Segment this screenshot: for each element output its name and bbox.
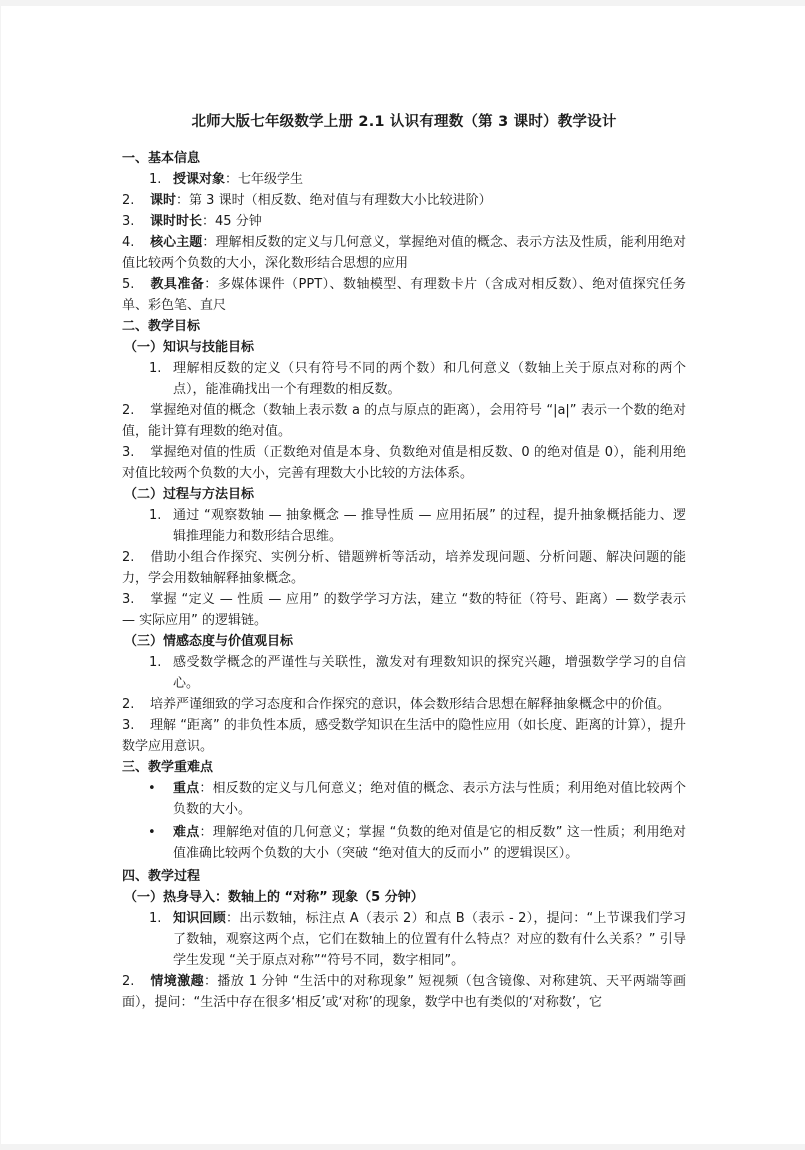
list-item: 2.情境激趣：播放 1 分钟 “生活中的对称现象” 短视频（包含镜像、对称建筑、…	[122, 971, 686, 1013]
item-text: 掌握绝对值的概念（数轴上表示数 a 的点与原点的距离），会用符号 “|a|” 表…	[122, 403, 686, 439]
item-text: 理解 “距离” 的非负性本质，感受数学知识在生活中的隐性应用（如长度、距离的计算…	[122, 718, 686, 754]
bullet-item-difficult-point: •难点：理解绝对值的几何意义；掌握 “负数的绝对值是它的相反数” 这一性质；利用…	[122, 822, 686, 864]
item-separator: ：	[202, 214, 215, 229]
item-separator: ：	[204, 974, 217, 989]
list-number: 1.	[149, 652, 161, 673]
item-text: 掌握绝对值的性质（正数绝对值是本身、负数绝对值是相反数、0 的绝对值是 0），能…	[122, 445, 686, 481]
item-separator: ：	[204, 277, 217, 292]
list-number: 2.	[122, 190, 150, 211]
document-page: 北师大版七年级数学上册 2.1 认识有理数（第 3 课时）教学设计 一、基本信息…	[1, 6, 805, 1144]
item-text: 通过 “观察数轴 — 抽象概念 — 推导性质 — 应用拓展” 的过程，提升抽象概…	[173, 508, 686, 544]
list-number: 2.	[122, 971, 150, 992]
subsection-heading-warmup: （一）热身导入：数轴上的 “对称” 现象（5 分钟）	[122, 887, 686, 908]
list-item: 3.掌握绝对值的性质（正数绝对值是本身、负数绝对值是相反数、0 的绝对值是 0）…	[122, 442, 686, 484]
list-item: 1.理解相反数的定义（只有符号不同的两个数）和几何意义（数轴上关于原点对称的两个…	[122, 358, 686, 400]
item-label: 知识回顾	[173, 911, 226, 926]
item-text: 感受数学概念的严谨性与关联性，激发对有理数知识的探究兴趣，增强数学学习的自信心。	[173, 655, 686, 691]
item-label: 难点	[173, 825, 200, 840]
subsection-heading-knowledge-skills: （一）知识与技能目标	[122, 337, 686, 358]
item-label: 情境激趣	[150, 974, 204, 989]
list-item: 2.培养严谨细致的学习态度和合作探究的意识，体会数形结合思想在解释抽象概念中的价…	[122, 694, 686, 715]
list-number: 4.	[122, 232, 150, 253]
item-text: 相反数的定义与几何意义；绝对值的概念、表示方法与性质；利用绝对值比较两个负数的大…	[173, 781, 686, 817]
item-label: 课时时长	[150, 214, 202, 229]
list-item: 3.理解 “距离” 的非负性本质，感受数学知识在生活中的隐性应用（如长度、距离的…	[122, 715, 686, 757]
list-number: 3.	[122, 589, 150, 610]
item-text: 掌握 “定义 — 性质 — 应用” 的数学学习方法，建立 “数的特征（符号、距离…	[122, 592, 686, 628]
item-separator: ：	[225, 172, 238, 187]
list-number: 3.	[122, 715, 150, 736]
list-number: 1.	[149, 358, 161, 379]
list-item: 1.感受数学概念的严谨性与关联性，激发对有理数知识的探究兴趣，增强数学学习的自信…	[122, 652, 686, 694]
bullet-item-key-point: •重点：相反数的定义与几何意义；绝对值的概念、表示方法与性质；利用绝对值比较两个…	[122, 778, 686, 820]
section-heading-teaching-goals: 二、教学目标	[122, 316, 686, 337]
list-item: 1.知识回顾：出示数轴，标注点 A（表示 2）和点 B（表示 - 2），提问：“…	[122, 908, 686, 971]
subsection-heading-process-methods: （二）过程与方法目标	[122, 484, 686, 505]
bullet-icon: •	[148, 778, 156, 799]
subsection-heading-attitudes-values: （三）情感态度与价值观目标	[122, 631, 686, 652]
list-item: 3.掌握 “定义 — 性质 — 应用” 的数学学习方法，建立 “数的特征（符号、…	[122, 589, 686, 631]
item-label: 重点	[173, 781, 199, 796]
list-item: 5.教具准备：多媒体课件（PPT）、数轴模型、有理数卡片（含成对相反数）、绝对值…	[122, 274, 686, 316]
list-number: 3.	[122, 442, 150, 463]
item-text: 理解绝对值的几何意义；掌握 “负数的绝对值是它的相反数” 这一性质；利用绝对值准…	[173, 825, 686, 861]
section-heading-basic-info: 一、基本信息	[122, 148, 686, 169]
list-item: 1.通过 “观察数轴 — 抽象概念 — 推导性质 — 应用拓展” 的过程，提升抽…	[122, 505, 686, 547]
list-item: 2.借助小组合作探究、实例分析、错题辨析等活动，培养发现问题、分析问题、解决问题…	[122, 547, 686, 589]
list-item: 1.授课对象：七年级学生	[122, 169, 686, 190]
item-text: 理解相反数的定义（只有符号不同的两个数）和几何意义（数轴上关于原点对称的两个点）…	[173, 361, 686, 397]
list-item: 3.课时时长：45 分钟	[122, 211, 686, 232]
item-label: 教具准备	[150, 277, 204, 292]
list-item: 2.课时：第 3 课时（相反数、绝对值与有理数大小比较进阶）	[122, 190, 686, 211]
list-number: 3.	[122, 211, 150, 232]
item-text: 借助小组合作探究、实例分析、错题辨析等活动，培养发现问题、分析问题、解决问题的能…	[122, 550, 686, 586]
item-text: 七年级学生	[238, 172, 303, 187]
item-label: 授课对象	[173, 172, 225, 187]
list-number: 1.	[149, 908, 161, 929]
item-label: 课时	[150, 193, 176, 208]
item-text: 培养严谨细致的学习态度和合作探究的意识，体会数形结合思想在解释抽象概念中的价值。	[150, 697, 670, 712]
section-heading-teaching-process: 四、教学过程	[122, 866, 686, 887]
list-number: 5.	[122, 274, 150, 295]
bullet-icon: •	[148, 822, 156, 843]
item-text: 出示数轴，标注点 A（表示 2）和点 B（表示 - 2），提问：“上节课我们学习…	[173, 911, 686, 968]
list-number: 1.	[149, 169, 161, 190]
list-number: 2.	[122, 694, 150, 715]
item-text: 第 3 课时（相反数、绝对值与有理数大小比较进阶）	[189, 193, 492, 208]
list-number: 2.	[122, 547, 150, 568]
item-label: 核心主题	[150, 235, 202, 250]
item-text: 45 分钟	[215, 214, 262, 229]
item-separator: ：	[199, 781, 212, 796]
list-number: 1.	[149, 505, 161, 526]
item-separator: ：	[176, 193, 189, 208]
item-separator: ：	[202, 235, 215, 250]
list-number: 2.	[122, 400, 150, 421]
page-title: 北师大版七年级数学上册 2.1 认识有理数（第 3 课时）教学设计	[122, 111, 686, 133]
list-item: 2.掌握绝对值的概念（数轴上表示数 a 的点与原点的距离），会用符号 “|a|”…	[122, 400, 686, 442]
section-heading-key-difficult-points: 三、教学重难点	[122, 757, 686, 778]
list-item: 4.核心主题：理解相反数的定义与几何意义，掌握绝对值的概念、表示方法及性质，能利…	[122, 232, 686, 274]
item-separator: ：	[226, 911, 239, 926]
item-separator: ：	[200, 825, 213, 840]
document-content: 北师大版七年级数学上册 2.1 认识有理数（第 3 课时）教学设计 一、基本信息…	[122, 111, 686, 1013]
